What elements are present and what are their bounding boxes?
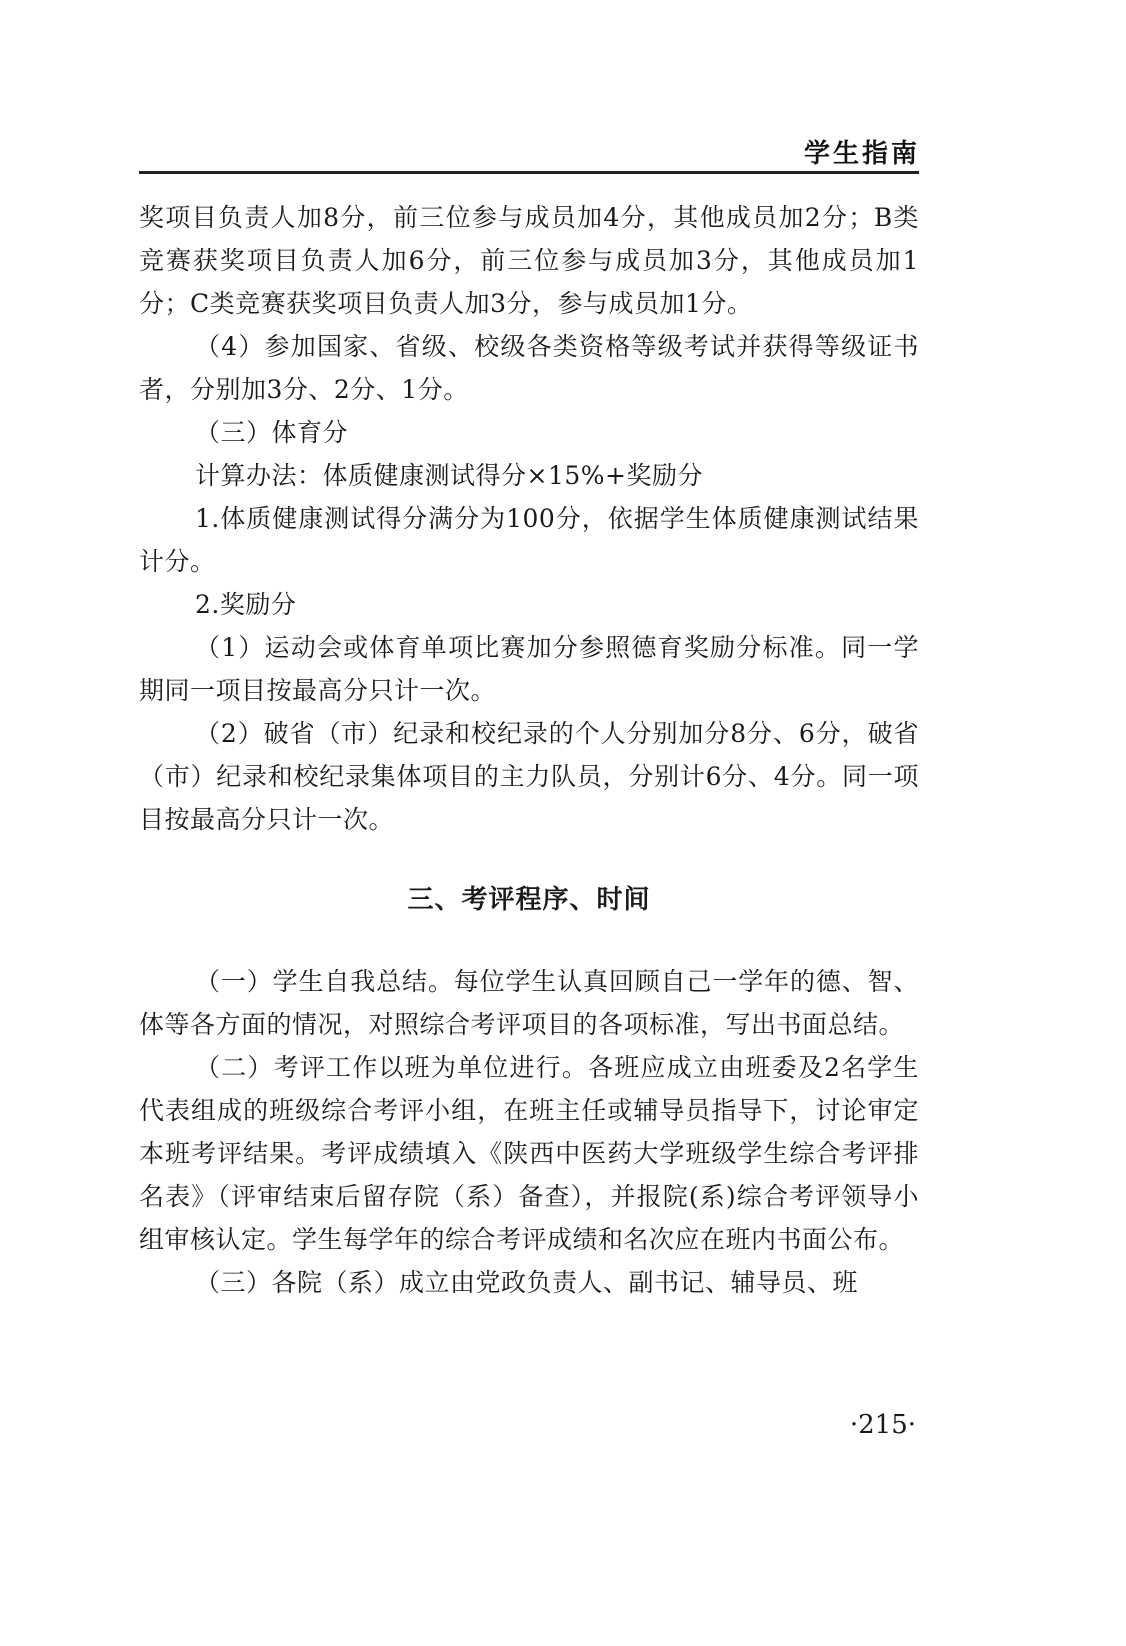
subsection-heading: （三）体育分 [139,411,919,454]
paragraph: 计算办法：体质健康测试得分×15%+奖励分 [139,454,919,497]
paragraph: 1.体质健康测试得分满分为100分，依据学生体质健康测试结果计分。 [139,497,919,583]
paragraph: （1）运动会或体育单项比赛加分参照德育奖励分标准。同一学期同一项目按最高分只计一… [139,626,919,712]
paragraph: （二）考评工作以班为单位进行。各班应成立由班委及2名学生代表组成的班级综合考评小… [139,1046,919,1261]
running-header-title: 学生指南 [804,133,920,170]
paragraph: （三）各院（系）成立由党政负责人、副书记、辅导员、班 [139,1261,919,1304]
paragraph: （4）参加国家、省级、校级各类资格等级考试并获得等级证书者，分别加3分、2分、1… [139,325,919,411]
paragraph: （2）破省（市）纪录和校纪录的个人分别加分8分、6分，破省（市）纪录和校纪录集体… [139,712,919,841]
paragraph: （一）学生自我总结。每位学生认真回顾自己一学年的德、智、体等各方面的情况，对照综… [139,960,919,1046]
paragraph: 2.奖励分 [139,583,919,626]
page-body: 奖项目负责人加8分，前三位参与成员加4分，其他成员加2分；B类竞赛获奖项目负责人… [139,196,919,1304]
paragraph: 奖项目负责人加8分，前三位参与成员加4分，其他成员加2分；B类竞赛获奖项目负责人… [139,196,919,325]
header-rule [139,171,919,174]
section-heading: 三、考评程序、时间 [139,879,919,922]
page-number: ·215· [850,1410,916,1440]
